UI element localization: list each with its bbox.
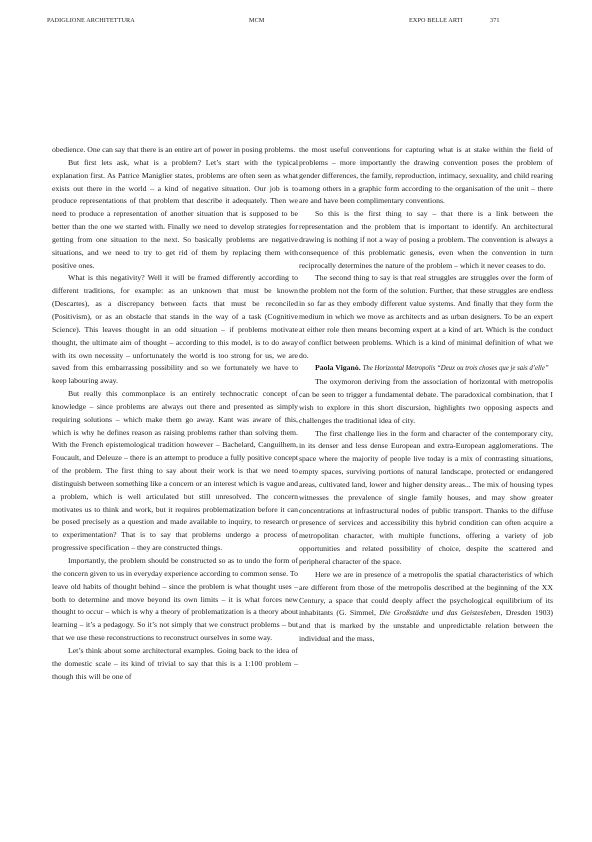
paragraph: Importantly, the problem should be const…	[52, 555, 298, 645]
paragraph: Let’s think about some architectural exa…	[52, 645, 298, 684]
section-title: The Horizontal Metropolis “Deux ou trois…	[363, 365, 549, 372]
paragraph: The second thing to say is that real str…	[299, 272, 553, 362]
section-heading: Paola Viganò. The Horizontal Metropolis …	[299, 362, 553, 376]
paragraph: So this is the first thing to say – that…	[299, 208, 553, 272]
paragraph: What is this negativity? Well it will be…	[52, 272, 298, 388]
paragraph: But really this commonplace is an entire…	[52, 388, 298, 555]
cited-work-title: Die Großstädte und das Geistesle­ben	[379, 608, 500, 617]
running-header: PADIGLIONE ARCHITETTURA MCM EXPO BELLE A…	[0, 17, 592, 29]
paragraph: Here we are in presence of a metropolis …	[299, 569, 553, 646]
left-column: obedience. One can say that there is an …	[52, 144, 298, 683]
paragraph: the most useful conventions for capturin…	[299, 144, 553, 208]
right-column: the most useful conventions for capturin…	[299, 144, 553, 646]
paragraph: obedience. One can say that there is an …	[52, 144, 298, 157]
section-author: Paola Viganò.	[315, 363, 361, 372]
header-right-label: EXPO BELLE ARTI	[409, 17, 463, 24]
header-center-label: MCM	[249, 17, 264, 24]
paragraph: The oxymoron deriving from the associati…	[299, 376, 553, 427]
page-number: 371	[490, 17, 500, 24]
paragraph: The first challenge lies in the form and…	[299, 428, 553, 569]
header-section-title: PADIGLIONE ARCHITETTURA	[47, 17, 135, 24]
paragraph: But first lets ask, what is a problem? L…	[52, 157, 298, 273]
